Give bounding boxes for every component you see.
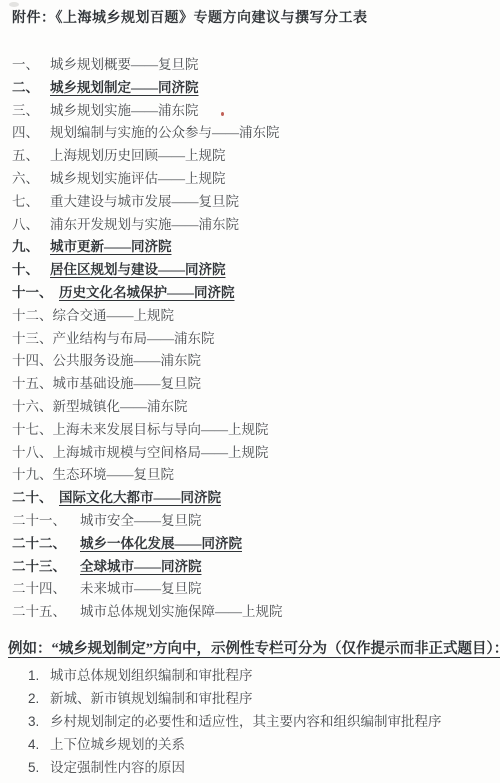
topic-text: 城乡规划制定——同济院: [50, 77, 199, 100]
example-list: 1. 城市总体规划组织编制和审批程序 2. 新城、新市镇规划编制和审批程序 3.…: [12, 664, 490, 779]
topic-number: 二十、: [12, 487, 59, 510]
example-number: 5.: [28, 756, 50, 779]
topic-row: 二十五、 城市总体规划实施保障——上规院: [12, 601, 490, 624]
topic-row: 十一、 历史文化名城保护——同济院: [12, 282, 490, 305]
topic-row: 九、 城市更新——同济院: [12, 236, 490, 259]
topic-number: 十九、: [12, 464, 53, 487]
topic-number: 十一、: [12, 282, 59, 305]
topic-row: 八、 浦东开发规划与实施——浦东院: [12, 214, 490, 237]
topic-number: 一、: [12, 54, 50, 77]
topic-row: 二十三、 全球城市——同济院: [12, 556, 490, 579]
topic-row: 七、 重大建设与城市发展——复旦院: [12, 191, 490, 214]
topic-text: 城市总体规划实施保障——上规院: [80, 601, 283, 624]
topic-row: 十二、 综合交通——上规院: [12, 305, 490, 328]
topic-number: 十四、: [12, 350, 53, 373]
topic-text: 公共服务设施——浦东院: [53, 350, 202, 373]
topic-number: 六、: [12, 168, 50, 191]
topic-number: 二十三、: [12, 556, 80, 579]
topic-row: 十七、 上海未来发展目标与导向——上规院: [12, 419, 490, 442]
topic-text: 综合交通——上规院: [53, 305, 175, 328]
topic-number: 十、: [12, 259, 50, 282]
document-title: 附件：《上海城乡规划百题》专题方向建议与撰写分工表: [12, 9, 490, 29]
topic-row: 三、 城乡规划实施——浦东院: [12, 100, 490, 123]
example-text: 设定强制性内容的原因: [50, 756, 185, 779]
example-text: 城市总体规划组织编制和审批程序: [50, 664, 253, 687]
topic-row: 六、 城乡规划实施评估——上规院: [12, 168, 490, 191]
topic-text: 城市更新——同济院: [50, 236, 172, 259]
topic-text: 城市安全——复旦院: [80, 510, 202, 533]
topic-row: 五、 上海规划历史回顾——上规院: [12, 145, 490, 168]
topic-text: 全球城市——同济院: [80, 556, 202, 579]
topic-number: 十六、: [12, 396, 53, 419]
topic-number: 三、: [12, 100, 50, 123]
topic-number: 九、: [12, 236, 50, 259]
topic-row: 十、 居住区规划与建设——同济院: [12, 259, 490, 282]
example-text: 新城、新市镇规划编制和审批程序: [50, 687, 253, 710]
example-row: 4. 上下位城乡规划的关系: [12, 733, 490, 756]
scan-artifact: [9, 2, 19, 7]
topic-row: 十九、 生态环境——复旦院: [12, 464, 490, 487]
example-text: 上下位城乡规划的关系: [50, 733, 185, 756]
topic-text: 上海未来发展目标与导向——上规院: [53, 419, 269, 442]
topic-text: 生态环境——复旦院: [53, 464, 175, 487]
topic-number: 七、: [12, 191, 50, 214]
topic-text: 产业结构与布局——浦东院: [53, 328, 215, 351]
topic-list: 一、 城乡规划概要——复旦院 二、 城乡规划制定——同济院 三、 城乡规划实施—…: [12, 54, 490, 624]
topic-text: 上海城市规模与空间格局——上规院: [53, 442, 269, 465]
example-number: 2.: [28, 687, 50, 710]
example-section-header: 例如：“城乡规划制定”方向中，示例性专栏可分为（仅作提示而非正式题目）：: [8, 638, 490, 660]
topic-row: 二十二、 城乡一体化发展——同济院: [12, 533, 490, 556]
topic-number: 二、: [12, 77, 50, 100]
topic-row: 二、 城乡规划制定——同济院: [12, 77, 490, 100]
topic-text: 城乡规划实施评估——上规院: [50, 168, 226, 191]
topic-text: 城市基础设施——复旦院: [53, 373, 202, 396]
topic-text: 城乡规划概要——复旦院: [50, 54, 199, 77]
topic-text: 未来城市——复旦院: [80, 578, 202, 601]
topic-number: 十七、: [12, 419, 53, 442]
example-number: 1.: [28, 664, 50, 687]
topic-number: 二十一、: [12, 510, 80, 533]
topic-row: 十六、 新型城镇化——浦东院: [12, 396, 490, 419]
topic-row: 二十一、 城市安全——复旦院: [12, 510, 490, 533]
topic-row: 十四、 公共服务设施——浦东院: [12, 350, 490, 373]
topic-number: 二十四、: [12, 578, 80, 601]
example-number: 3.: [28, 710, 50, 733]
example-row: 3. 乡村规划制定的必要性和适应性，其主要内容和组织编制审批程序: [12, 710, 490, 733]
topic-number: 二十二、: [12, 533, 80, 556]
red-ink-speck: [221, 112, 224, 116]
topic-number: 四、: [12, 122, 50, 145]
topic-row: 十三、 产业结构与布局——浦东院: [12, 328, 490, 351]
topic-text: 规划编制与实施的公众参与——浦东院: [50, 122, 280, 145]
topic-row: 二十四、 未来城市——复旦院: [12, 578, 490, 601]
topic-text: 居住区规划与建设——同济院: [50, 259, 226, 282]
topic-number: 十二、: [12, 305, 53, 328]
topic-row: 十五、 城市基础设施——复旦院: [12, 373, 490, 396]
document-body: 附件：《上海城乡规划百题》专题方向建议与撰写分工表 一、 城乡规划概要——复旦院…: [0, 0, 500, 779]
topic-text: 新型城镇化——浦东院: [53, 396, 188, 419]
topic-row: 十八、 上海城市规模与空间格局——上规院: [12, 442, 490, 465]
topic-text: 重大建设与城市发展——复旦院: [50, 191, 239, 214]
topic-number: 十五、: [12, 373, 53, 396]
example-row: 5. 设定强制性内容的原因: [12, 756, 490, 779]
topic-row: 二十、 国际文化大都市——同济院: [12, 487, 490, 510]
topic-text: 城乡一体化发展——同济院: [80, 533, 242, 556]
topic-number: 二十五、: [12, 601, 80, 624]
topic-text: 城乡规划实施——浦东院: [50, 100, 199, 123]
topic-row: 四、 规划编制与实施的公众参与——浦东院: [12, 122, 490, 145]
topic-text: 上海规划历史回顾——上规院: [50, 145, 226, 168]
topic-text: 历史文化名城保护——同济院: [59, 282, 235, 305]
example-text: 乡村规划制定的必要性和适应性，其主要内容和组织编制审批程序: [50, 710, 442, 733]
example-row: 1. 城市总体规划组织编制和审批程序: [12, 664, 490, 687]
topic-text: 浦东开发规划与实施——浦东院: [50, 214, 239, 237]
example-number: 4.: [28, 733, 50, 756]
topic-text: 国际文化大都市——同济院: [59, 487, 221, 510]
topic-number: 十八、: [12, 442, 53, 465]
topic-row: 一、 城乡规划概要——复旦院: [12, 54, 490, 77]
topic-number: 五、: [12, 145, 50, 168]
document-page: 附件：《上海城乡规划百题》专题方向建议与撰写分工表 一、 城乡规划概要——复旦院…: [0, 0, 500, 783]
example-row: 2. 新城、新市镇规划编制和审批程序: [12, 687, 490, 710]
topic-number: 十三、: [12, 328, 53, 351]
topic-number: 八、: [12, 214, 50, 237]
